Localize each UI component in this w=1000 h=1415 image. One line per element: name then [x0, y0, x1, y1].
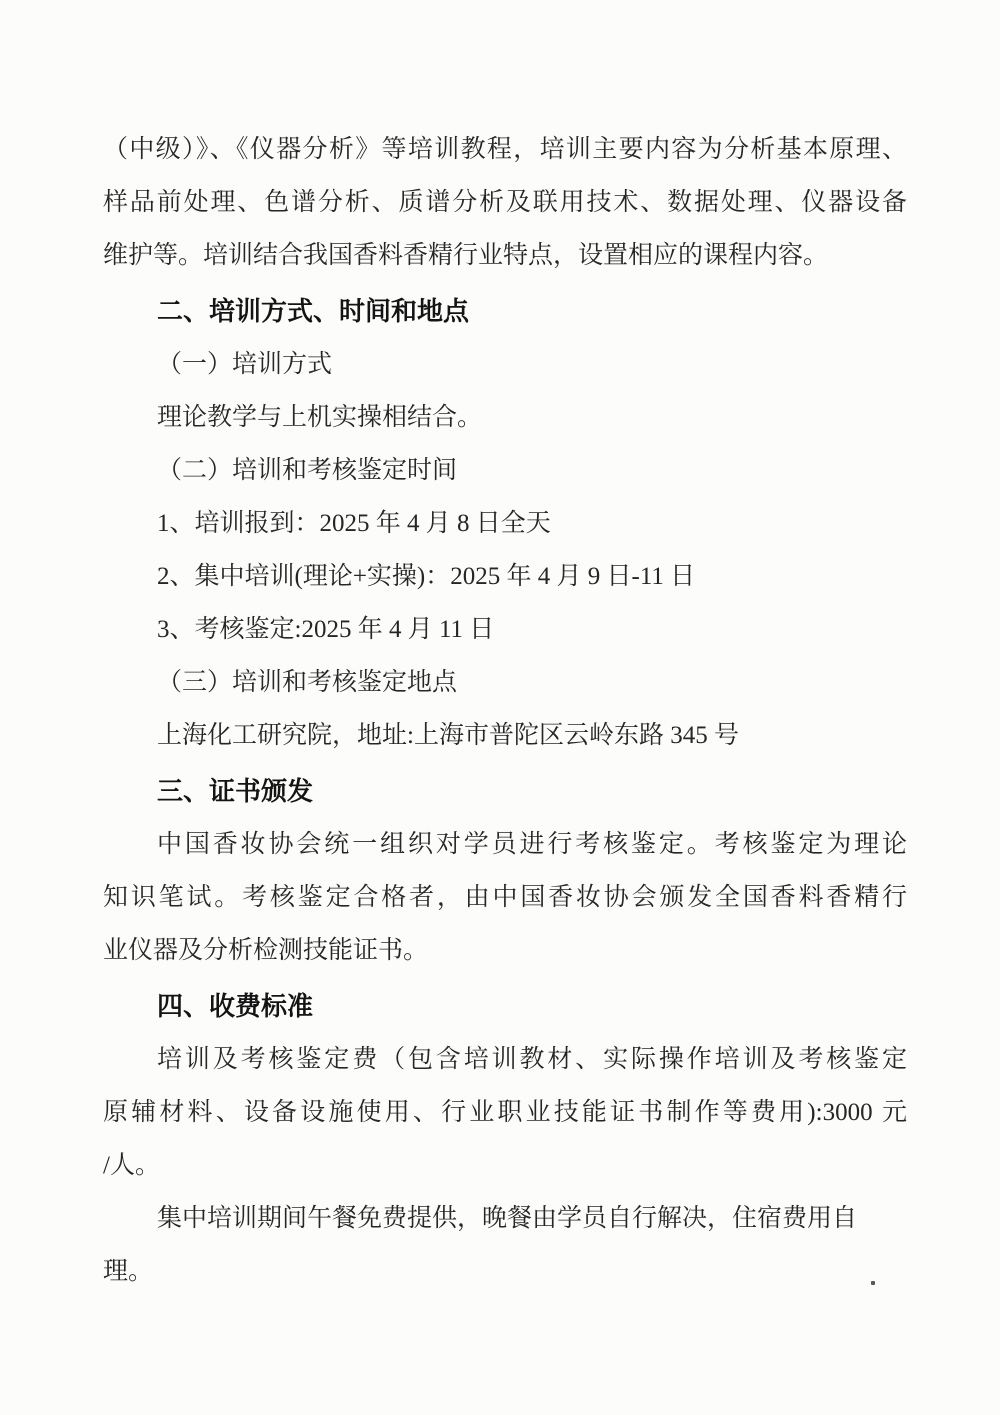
- text-line: 集中培训期间午餐免费提供，晚餐由学员自行解决，住宿费用自: [103, 1192, 907, 1245]
- text-line: 1、培训报到：2025 年 4 月 8 日全天: [103, 497, 907, 550]
- document-page: （中级）》、《仪器分析》等培训教程，培训主要内容为分析基本原理、样品前处理、色谱…: [0, 0, 1000, 1415]
- text-line: （三）培训和考核鉴定地点: [103, 656, 907, 709]
- text-line: 知识笔试。考核鉴定合格者，由中国香妆协会颁发全国香料香精行: [103, 871, 907, 924]
- text-line: 维护等。培训结合我国香料香精行业特点，设置相应的课程内容。: [103, 229, 907, 282]
- text-line: 原辅材料、设备设施使用、行业职业技能证书制作等费用):3000 元: [103, 1086, 907, 1139]
- scan-speck: [871, 1281, 875, 1285]
- text-line: 3、考核鉴定:2025 年 4 月 11 日: [103, 603, 907, 656]
- section-heading: 四、收费标准: [103, 980, 907, 1033]
- text-line: （二）培训和考核鉴定时间: [103, 444, 907, 497]
- text-line: /人。: [103, 1139, 907, 1192]
- text-line: （一）培训方式: [103, 338, 907, 391]
- text-line: 培训及考核鉴定费（包含培训教材、实际操作培训及考核鉴定: [103, 1033, 907, 1086]
- text-line: 2、集中培训(理论+实操)：2025 年 4 月 9 日-11 日: [103, 550, 907, 603]
- text-line: （中级）》、《仪器分析》等培训教程，培训主要内容为分析基本原理、: [103, 123, 907, 176]
- text-line: 理。: [103, 1245, 907, 1298]
- text-line: 上海化工研究院，地址:上海市普陀区云岭东路 345 号: [103, 709, 907, 762]
- text-line: 业仪器及分析检测技能证书。: [103, 924, 907, 977]
- section-heading: 三、证书颁发: [103, 765, 907, 818]
- text-line: 样品前处理、色谱分析、质谱分析及联用技术、数据处理、仪器设备: [103, 176, 907, 229]
- document-content: （中级）》、《仪器分析》等培训教程，培训主要内容为分析基本原理、样品前处理、色谱…: [103, 123, 907, 1298]
- section-heading: 二、培训方式、时间和地点: [103, 285, 907, 338]
- text-line: 中国香妆协会统一组织对学员进行考核鉴定。考核鉴定为理论: [103, 818, 907, 871]
- text-line: 理论教学与上机实操相结合。: [103, 391, 907, 444]
